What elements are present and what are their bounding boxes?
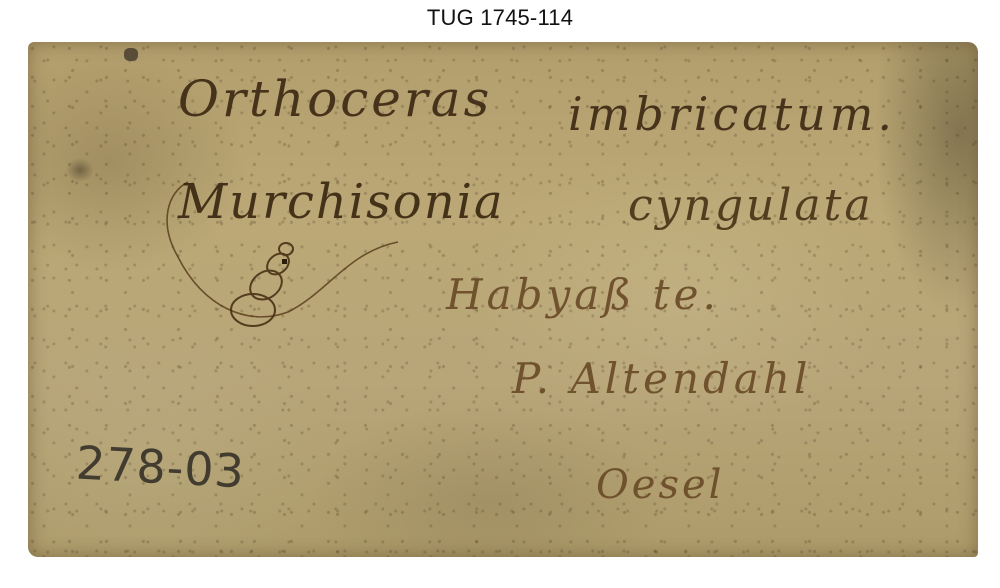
handwritten-genus-orthoceras: Orthoceras (178, 70, 492, 128)
specimen-label-card: Orthoceras imbricatum. Murchisonia cyngu… (28, 42, 978, 557)
smudge-mark (66, 158, 94, 182)
handwritten-locality-line: Habyaß te. (446, 270, 720, 319)
handwritten-region-oesel: Oesel (596, 462, 724, 508)
catalog-id-title: TUG 1745-114 (0, 4, 1000, 32)
handwritten-species-imbricatum: imbricatum. (568, 87, 896, 141)
pencil-catalog-number: 278-03 (75, 436, 247, 499)
handwritten-collector-line: P. Altendahl (512, 354, 811, 403)
ink-blot (124, 48, 138, 61)
handwritten-genus-murchisonia: Murchisonia (178, 174, 505, 230)
handwritten-species-cyngulata: cyngulata (628, 180, 874, 231)
